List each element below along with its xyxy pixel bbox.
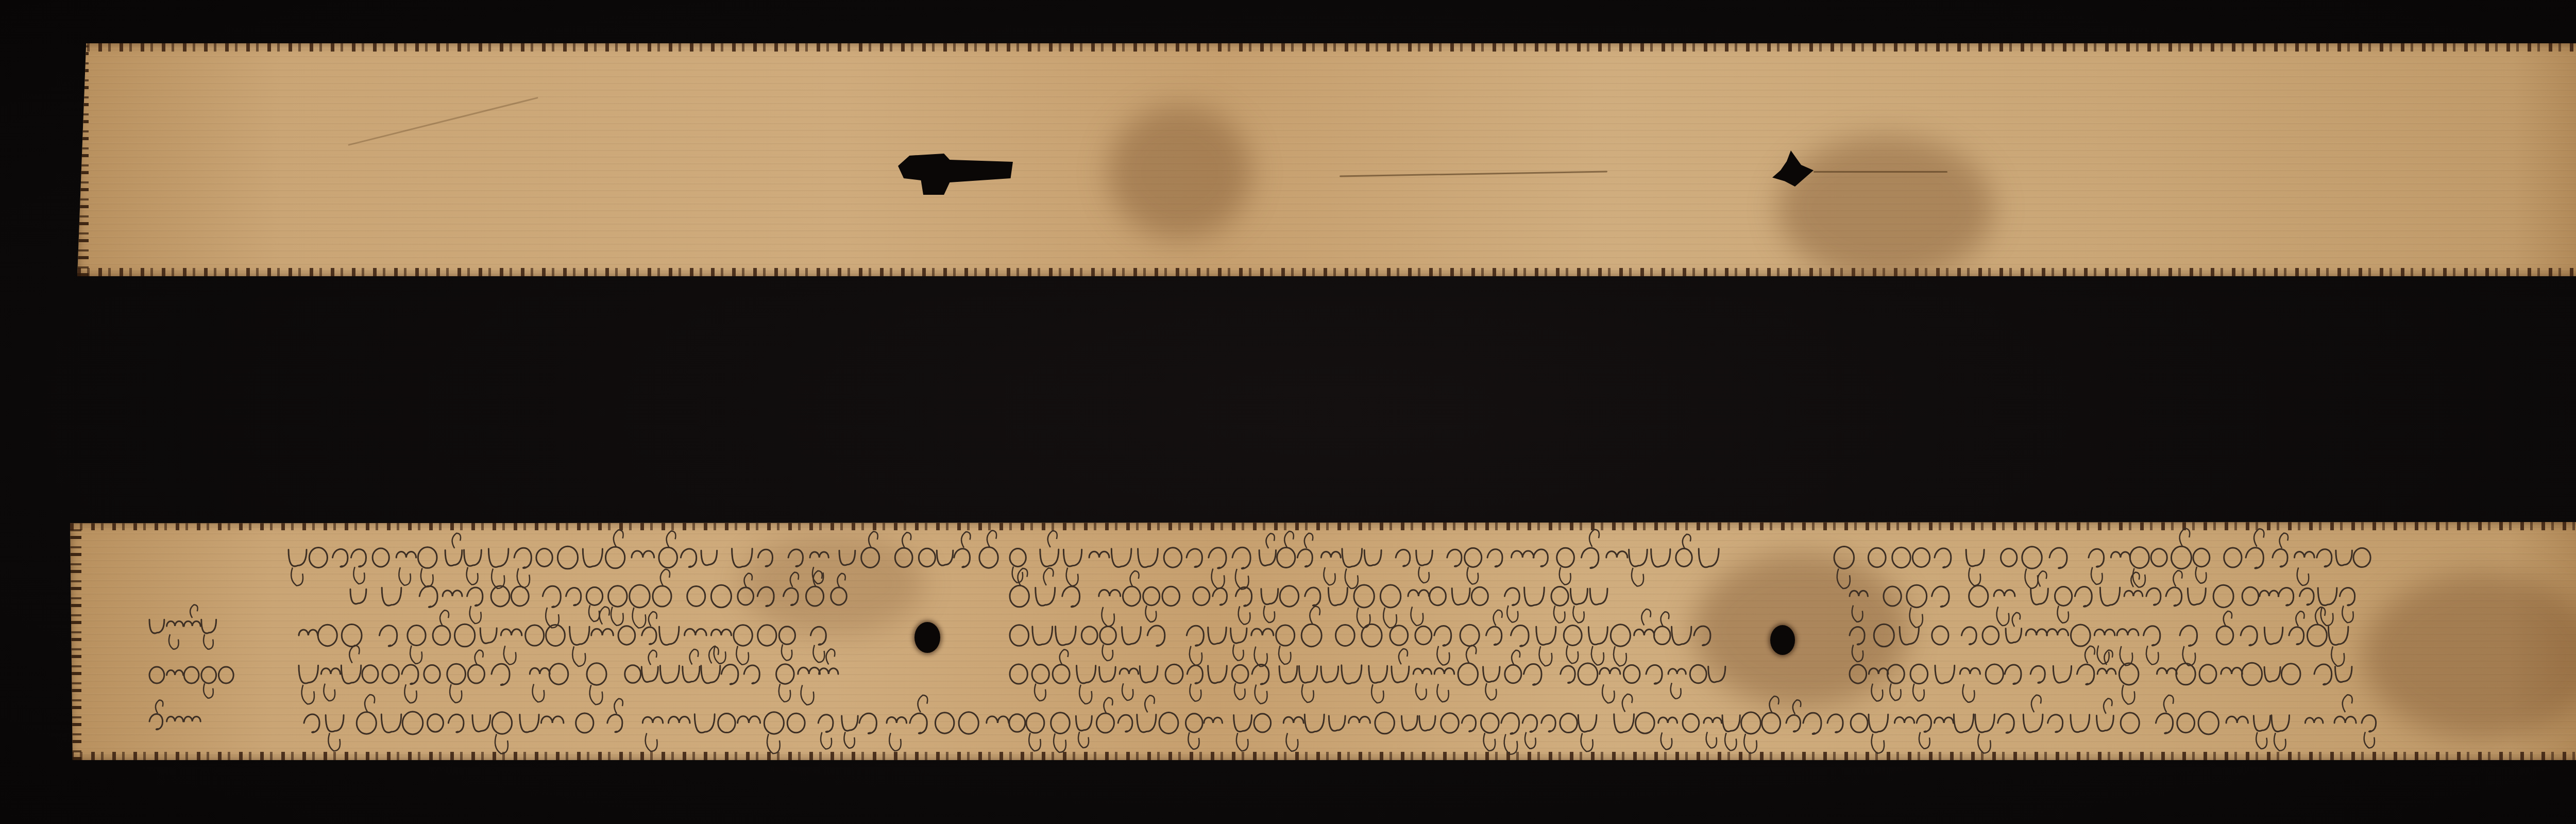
script-glyph [1235, 587, 1251, 606]
script-subscript-mark [821, 732, 832, 749]
script-glyph [167, 670, 183, 675]
script-glyph [1588, 627, 1607, 645]
script-glyph [2097, 668, 2116, 674]
script-glyph [2318, 588, 2337, 606]
script-glyph [557, 546, 578, 569]
script-glyph [480, 628, 497, 644]
script-subscript-mark [404, 684, 417, 703]
script-glyph [1213, 588, 1227, 605]
script-subscript-mark [1591, 646, 1604, 665]
script-glyph [2055, 587, 2072, 606]
script-glyph [1187, 665, 1202, 683]
script-superscript-mark [1641, 609, 1651, 625]
script-superscript-mark [1104, 698, 1112, 713]
script-glyph [1481, 713, 1499, 733]
script-subscript-mark [1437, 646, 1449, 665]
script-glyph [2260, 591, 2279, 596]
script-glyph [711, 629, 731, 635]
script-subscript-mark [1302, 684, 1314, 702]
script-glyph [1434, 626, 1451, 646]
script-glyph [530, 668, 550, 674]
script-subscript-mark [1212, 568, 1225, 588]
script-glyph [445, 550, 462, 565]
script-glyph [2026, 629, 2047, 635]
script-glyph [1279, 666, 1297, 683]
script-glyph [1935, 665, 1955, 683]
script-glyph [326, 715, 344, 731]
script-glyph [2124, 591, 2143, 596]
script-glyph [776, 664, 794, 684]
script-glyph [1869, 668, 1888, 674]
script-glyph [372, 548, 389, 567]
script-glyph [1887, 665, 1904, 684]
script-glyph [1040, 549, 1059, 566]
script-glyph [350, 589, 366, 604]
script-glyph [1120, 668, 1138, 674]
script-glyph [660, 666, 679, 683]
script-glyph [2188, 588, 2206, 604]
script-subscript-mark [1744, 734, 1757, 753]
script-subscript-mark [782, 644, 792, 660]
script-glyph [1138, 549, 1158, 567]
script-glyph [1159, 713, 1178, 734]
script-glyph [630, 585, 650, 608]
script-subscript-mark [1236, 733, 1248, 751]
script-glyph [1932, 626, 1948, 645]
script-subscript-mark [1190, 684, 1201, 701]
script-glyph [1187, 549, 1202, 567]
script-subscript-mark [1485, 683, 1496, 700]
script-superscript-mark [2038, 571, 2047, 586]
script-glyph [2171, 546, 2191, 568]
script-glyph [818, 715, 833, 732]
script-glyph [1524, 664, 1542, 685]
script-subscript-mark [1525, 732, 1536, 749]
script-superscript-mark [2180, 529, 2190, 547]
script-glyph [642, 717, 663, 723]
script-glyph [1935, 717, 1954, 723]
script-subscript-mark [2321, 607, 2333, 626]
script-superscript-mark [1043, 568, 1053, 585]
script-glyph [1187, 626, 1204, 646]
script-glyph [2146, 588, 2161, 605]
script-glyph [1600, 668, 1620, 674]
script-superscript-mark [1589, 530, 1599, 547]
script-glyph [1636, 713, 1655, 734]
script-subscript-mark [2025, 568, 2038, 588]
script-subscript-mark [2120, 646, 2133, 666]
script-glyph [2071, 625, 2090, 646]
script-glyph [1297, 549, 1312, 567]
script-glyph [2157, 668, 2177, 674]
script-glyph [2144, 626, 2160, 646]
script-subscript-mark [572, 646, 585, 666]
script-glyph [2294, 551, 2314, 558]
script-glyph [954, 549, 970, 567]
script-glyph [1511, 625, 1529, 646]
script-superscript-mark [2296, 611, 2304, 626]
script-glyph [543, 586, 561, 607]
script-glyph [2077, 664, 2094, 684]
script-glyph [1062, 586, 1080, 607]
script-glyph [1654, 626, 1670, 644]
script-glyph [1232, 665, 1248, 683]
script-glyph [2096, 715, 2113, 731]
script-superscript-mark [2224, 611, 2232, 626]
script-subscript-mark [736, 646, 749, 665]
script-glyph [1850, 591, 1868, 596]
script-glyph [1524, 587, 1545, 606]
script-glyph [2328, 627, 2348, 645]
script-superscript-mark [961, 532, 970, 548]
script-subscript-mark [1255, 647, 1267, 667]
script-glyph [1380, 585, 1400, 608]
script-glyph [304, 714, 319, 732]
script-glyph [607, 715, 622, 732]
script-glyph [1032, 627, 1053, 645]
script-glyph [2307, 625, 2327, 646]
script-subscript-mark [1239, 607, 1250, 625]
script-glyph [685, 629, 707, 635]
script-glyph [1392, 666, 1409, 682]
script-glyph [1447, 549, 1462, 566]
script-subscript-mark [1573, 606, 1584, 623]
script-glyph [2053, 666, 2071, 683]
script-subscript-mark [410, 646, 422, 664]
script-subscript-mark [1234, 683, 1245, 700]
script-subscript-mark [1467, 567, 1479, 584]
script-glyph [1910, 664, 1928, 683]
script-superscript-mark [614, 530, 623, 547]
script-subscript-mark [1837, 568, 1850, 588]
script-subscript-mark [1725, 733, 1736, 750]
script-glyph [1419, 716, 1435, 731]
script-glyph [810, 627, 826, 645]
script-glyph [1362, 624, 1382, 647]
script-subscript-mark [169, 634, 179, 649]
script-glyph [1629, 549, 1648, 566]
script-glyph [1089, 551, 1109, 558]
script-superscript-mark [600, 607, 609, 624]
script-glyph [1827, 714, 1843, 732]
script-subscript-mark [450, 684, 462, 703]
script-glyph [1010, 664, 1027, 684]
script-glyph [2117, 629, 2139, 635]
script-glyph [433, 626, 450, 645]
script-glyph [511, 586, 529, 606]
script-glyph [167, 716, 183, 721]
script-glyph [787, 713, 805, 733]
script-glyph [149, 667, 164, 683]
script-glyph [1056, 626, 1076, 645]
script-glyph [1329, 716, 1345, 731]
script-subscript-mark [1235, 569, 1249, 590]
script-glyph [1786, 715, 1801, 731]
script-subscript-mark [2091, 567, 2103, 584]
script-glyph [2246, 548, 2263, 568]
script-glyph [351, 549, 366, 567]
script-glyph [419, 586, 437, 607]
script-glyph [2221, 668, 2242, 674]
script-subscript-mark [1264, 606, 1275, 623]
script-glyph [381, 714, 401, 733]
script-glyph [1623, 665, 1640, 683]
script-superscript-mark [1266, 533, 1274, 548]
script-glyph [1076, 716, 1092, 731]
script-glyph [1010, 585, 1029, 607]
script-glyph [2273, 549, 2287, 567]
script-glyph [566, 588, 581, 606]
script-glyph [1606, 551, 1628, 558]
script-glyph [1917, 715, 1931, 732]
script-glyph [1969, 585, 1988, 607]
script-glyph [1140, 666, 1158, 683]
script-subscript-mark [1145, 606, 1156, 622]
script-glyph [1994, 590, 2015, 596]
script-glyph [1850, 627, 1865, 645]
script-glyph [1465, 548, 1482, 567]
script-subscript-mark [328, 733, 340, 751]
script-glyph [1413, 668, 1431, 674]
script-superscript-mark [2279, 533, 2288, 548]
script-glyph [2336, 550, 2352, 565]
script-glyph [467, 587, 483, 606]
script-glyph [1884, 586, 1901, 606]
script-superscript-mark [1060, 649, 1069, 664]
script-glyph [784, 588, 799, 606]
script-glyph [1208, 666, 1227, 683]
script-subscript-mark [1066, 568, 1078, 586]
script-glyph [1232, 547, 1250, 568]
script-glyph [2193, 548, 2210, 566]
script-subscript-mark [611, 607, 623, 625]
script-glyph [701, 666, 720, 683]
script-glyph [1321, 666, 1338, 682]
script-glyph [1611, 625, 1630, 646]
script-superscript-mark [1310, 607, 1320, 625]
script-glyph [1708, 666, 1725, 682]
script-subscript-mark [1324, 567, 1335, 585]
script-glyph [1301, 624, 1321, 646]
script-glyph [1869, 714, 1888, 732]
script-glyph [1251, 629, 1274, 635]
script-glyph [653, 586, 671, 607]
script-glyph [632, 551, 654, 558]
script-glyph [587, 663, 606, 685]
script-glyph [919, 548, 935, 567]
script-glyph [289, 549, 307, 566]
script-glyph [514, 548, 531, 568]
script-glyph [819, 668, 838, 674]
script-glyph [806, 586, 823, 606]
script-glyph [448, 714, 464, 732]
script-superscript-mark [826, 649, 835, 664]
script-glyph [1868, 548, 1886, 567]
script-glyph [1254, 714, 1271, 732]
script-glyph [1961, 627, 1976, 645]
script-glyph [694, 714, 715, 733]
script-subscript-mark [1910, 608, 1923, 628]
script-glyph [2264, 627, 2282, 644]
script-subscript-mark [633, 608, 646, 628]
script-glyph [1259, 550, 1276, 566]
script-glyph [1026, 713, 1044, 733]
script-subscript-mark [1671, 683, 1681, 699]
script-superscript-mark [987, 530, 996, 547]
script-glyph [1032, 664, 1049, 683]
script-glyph [764, 712, 784, 734]
script-glyph [1741, 712, 1761, 734]
script-glyph [1954, 714, 1973, 733]
script-superscript-mark [744, 574, 752, 587]
script-subscript-mark [2097, 646, 2109, 664]
script-glyph [201, 667, 216, 683]
script-glyph [1185, 714, 1202, 732]
script-subscript-mark [1504, 734, 1517, 754]
script-glyph [2176, 663, 2195, 685]
script-subscript-mark [590, 685, 603, 704]
script-glyph [659, 627, 679, 645]
script-subscript-mark [291, 567, 303, 585]
script-subscript-mark [1969, 567, 1980, 585]
script-superscript-mark [1130, 571, 1139, 586]
script-glyph [1231, 628, 1247, 643]
script-subscript-mark [2122, 685, 2134, 704]
script-glyph [2048, 715, 2063, 732]
script-glyph [738, 587, 754, 605]
script-glyph [184, 716, 200, 721]
script-glyph [1658, 717, 1677, 723]
script-glyph [1668, 669, 1686, 674]
script-glyph [1118, 715, 1132, 732]
script-glyph [1614, 714, 1634, 733]
script-subscript-mark [2196, 567, 2207, 583]
script-glyph [683, 666, 700, 682]
script-glyph [2198, 712, 2218, 734]
script-subscript-mark [1566, 645, 1578, 663]
script-glyph [1894, 717, 1914, 723]
script-glyph [1077, 665, 1096, 683]
script-glyph [1533, 549, 1548, 566]
script-glyph [1561, 666, 1575, 683]
script-glyph [149, 619, 164, 633]
script-glyph [1998, 714, 2014, 733]
script-glyph [758, 549, 772, 566]
script-superscript-mark [475, 650, 483, 665]
script-subscript-mark [2331, 646, 2344, 666]
script-glyph [1522, 715, 1537, 732]
script-subscript-mark [1852, 606, 1863, 622]
script-glyph [2049, 548, 2067, 568]
script-glyph [668, 717, 690, 723]
script-glyph [299, 630, 318, 635]
script-subscript-mark [302, 685, 314, 704]
script-glyph [184, 621, 200, 626]
script-glyph [859, 713, 877, 733]
script-superscript-mark [1622, 694, 1633, 712]
script-subscript-mark [1101, 607, 1114, 627]
script-glyph [1570, 588, 1587, 604]
script-glyph [1704, 718, 1722, 723]
script-glyph [842, 716, 858, 731]
script-glyph [2119, 663, 2139, 685]
script-glyph [625, 665, 641, 683]
script-glyph [1100, 626, 1116, 644]
script-glyph [2281, 664, 2300, 685]
script-superscript-mark [869, 531, 878, 547]
script-superscript-mark [2173, 570, 2182, 586]
script-glyph [2130, 547, 2149, 568]
script-glyph [959, 712, 978, 734]
script-glyph [1342, 665, 1362, 684]
script-glyph [382, 665, 399, 683]
script-superscript-mark [1304, 533, 1313, 548]
script-subscript-mark [1852, 645, 1863, 662]
script-glyph [1487, 549, 1502, 567]
script-glyph [1010, 625, 1029, 646]
script-superscript-mark [452, 533, 461, 548]
script-superscript-mark [440, 610, 449, 626]
script-glyph [642, 627, 656, 644]
script-glyph [299, 665, 318, 683]
script-glyph [937, 550, 953, 565]
script-subscript-mark [1997, 607, 2009, 626]
script-glyph [402, 712, 423, 734]
script-glyph [2224, 548, 2242, 567]
script-subscript-mark [1078, 732, 1089, 748]
script-glyph [1204, 717, 1223, 723]
script-subscript-mark [2256, 732, 2267, 749]
script-glyph [732, 548, 753, 567]
script-superscript-mark [2012, 613, 2020, 627]
script-glyph [605, 547, 624, 568]
script-glyph [1402, 716, 1418, 731]
script-glyph [576, 713, 594, 733]
script-glyph [681, 549, 696, 567]
script-glyph [201, 619, 216, 633]
script-glyph [718, 713, 735, 732]
script-glyph [2151, 549, 2167, 567]
script-glyph [1651, 549, 1670, 567]
script-glyph [546, 625, 565, 646]
script-glyph [2071, 715, 2090, 732]
script-glyph [711, 585, 731, 607]
script-glyph [569, 627, 589, 645]
script-glyph [1009, 714, 1025, 732]
script-subscript-mark [646, 733, 657, 751]
script-glyph [1354, 585, 1374, 608]
script-glyph [1590, 588, 1607, 604]
script-glyph [1672, 627, 1691, 645]
script-subscript-mark [1602, 684, 1615, 703]
script-glyph [1578, 663, 1598, 685]
script-subscript-mark [1286, 733, 1298, 751]
script-glyph [218, 667, 233, 683]
script-glyph [910, 713, 927, 733]
script-subscript-mark [1345, 568, 1358, 588]
script-subscript-mark [2342, 606, 2353, 623]
script-glyph [1364, 550, 1381, 565]
script-superscript-mark [2343, 695, 2352, 712]
script-subscript-mark [1102, 645, 1113, 661]
script-glyph [1396, 549, 1410, 566]
script-glyph [2289, 627, 2304, 645]
script-glyph [734, 625, 753, 646]
script-glyph [2334, 716, 2356, 723]
script-glyph [1722, 715, 1740, 732]
script-glyph [501, 629, 521, 635]
script-subscript-mark [1581, 733, 1593, 752]
